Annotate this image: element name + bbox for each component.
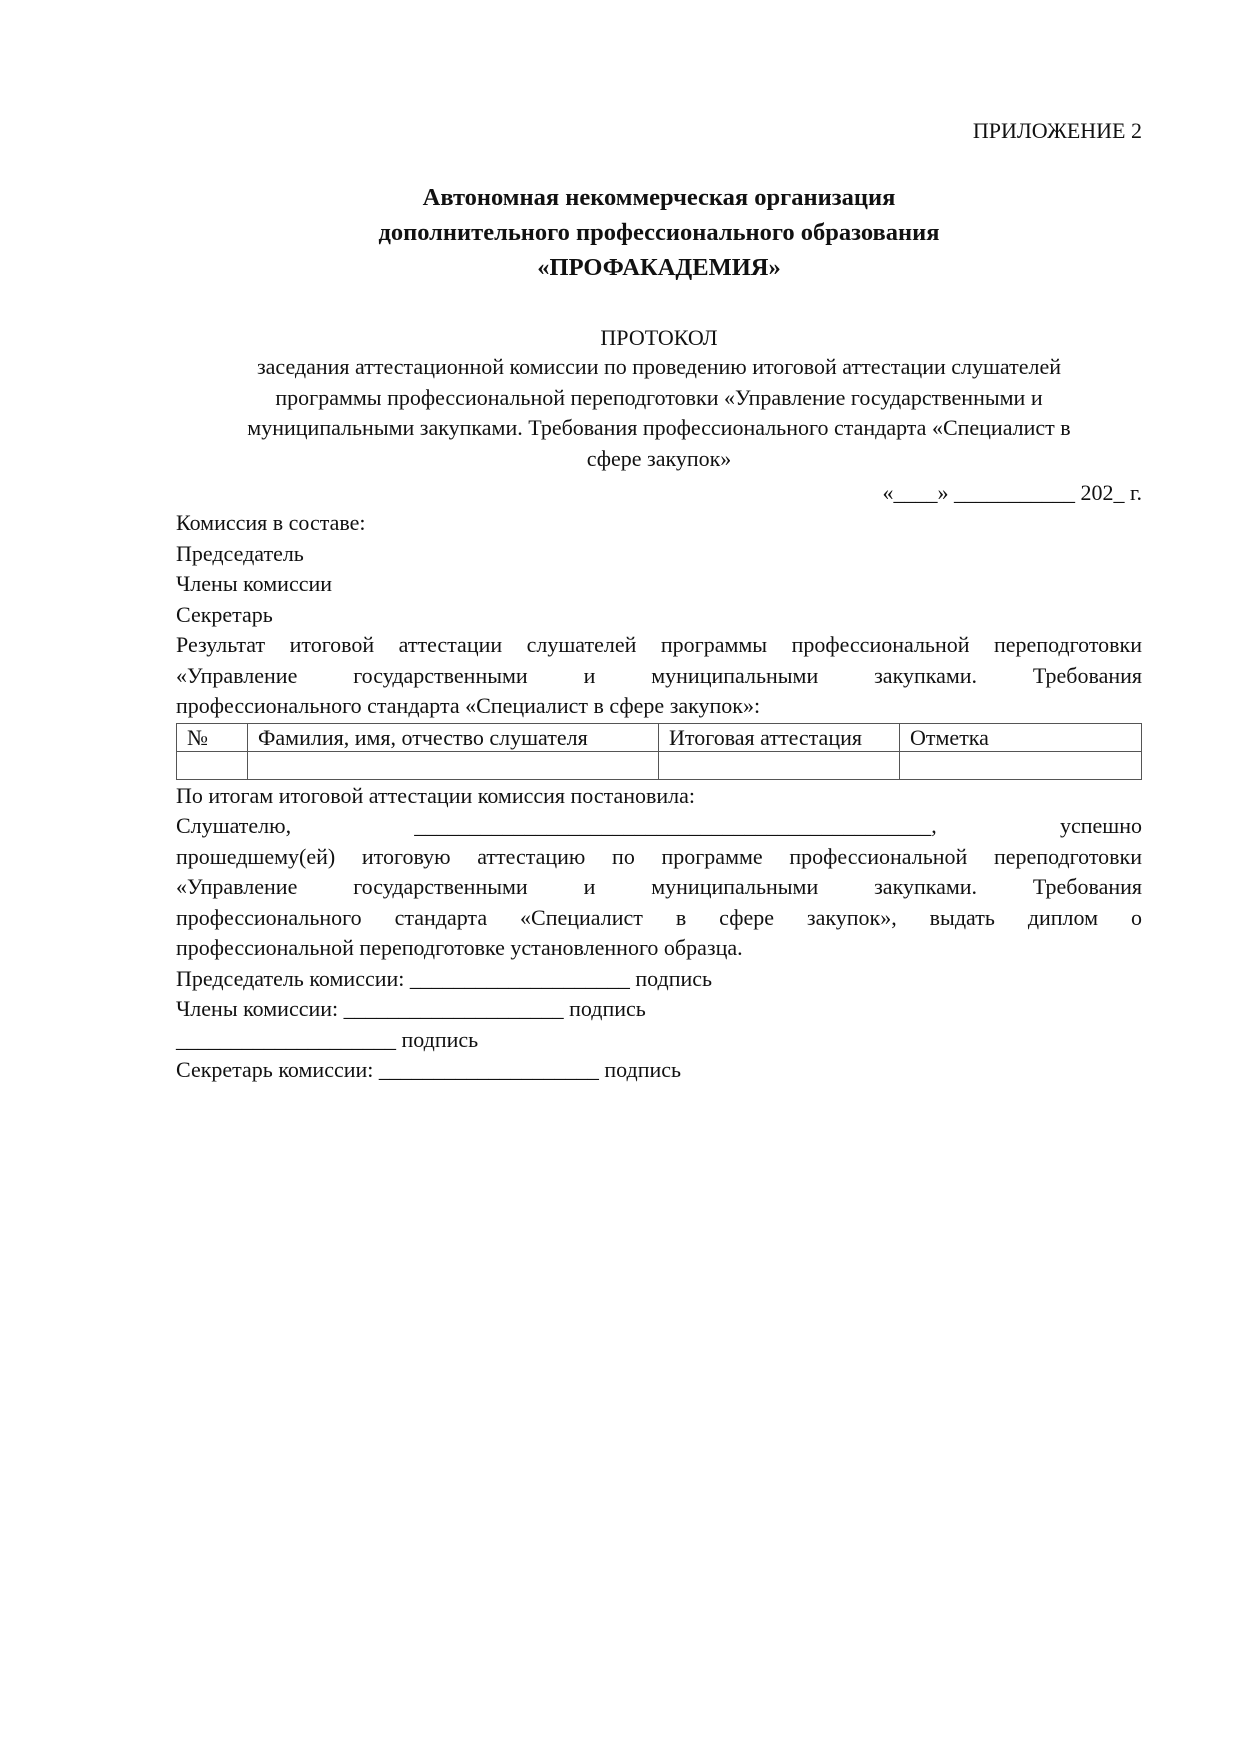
protocol-subtitle-line: заседания аттестационной комиссии по про… — [176, 352, 1142, 383]
results-table: № Фамилия, имя, отчество слушателя Итого… — [176, 723, 1142, 780]
cell-mark[interactable] — [900, 751, 1142, 779]
signature-members[interactable]: Члены комиссии: ____________________ под… — [176, 994, 1142, 1025]
result-intro-line: Результат итоговой аттестации слушателей… — [176, 630, 1142, 661]
signature-secretary[interactable]: Секретарь комиссии: ____________________… — [176, 1055, 1142, 1086]
decision-line: профессиональной переподготовке установл… — [176, 933, 1142, 964]
cell-final-attestation[interactable] — [659, 751, 900, 779]
table-header-row: № Фамилия, имя, отчество слушателя Итого… — [177, 723, 1142, 751]
commission-heading: Комиссия в составе: — [176, 508, 1142, 539]
listener-name-blank[interactable]: ________________________________________… — [414, 813, 937, 838]
result-intro-line: профессионального стандарта «Специалист … — [176, 691, 1142, 722]
protocol-subtitle-line: программы профессиональной переподготовк… — [176, 383, 1142, 414]
decision-listener-label: Слушателю, — [176, 813, 291, 838]
protocol-subtitle-line: муниципальными закупками. Требования про… — [176, 413, 1142, 444]
date-line: «____» ___________ 202_ г. — [882, 478, 1142, 508]
result-intro-line: «Управление государственными и муниципал… — [176, 661, 1142, 692]
organization-name: «ПРОФАКАДЕМИЯ» — [176, 250, 1142, 285]
header-full-name: Фамилия, имя, отчество слушателя — [248, 723, 659, 751]
cell-full-name[interactable] — [248, 751, 659, 779]
decision-line: профессионального стандарта «Специалист … — [176, 903, 1142, 934]
protocol-subtitle-line: сфере закупок» — [176, 444, 1142, 475]
organization-header: Автономная некоммерческая организация до… — [176, 180, 1142, 285]
signature-member-extra[interactable]: ____________________ подпись — [176, 1025, 1142, 1056]
header-mark: Отметка — [900, 723, 1142, 751]
commission-members: Члены комиссии — [176, 569, 1142, 600]
cell-number[interactable] — [177, 751, 248, 779]
document-body: Комиссия в составе: Председатель Члены к… — [176, 508, 1142, 1086]
header-number: № — [177, 723, 248, 751]
protocol-subtitle: заседания аттестационной комиссии по про… — [176, 352, 1142, 474]
decision-heading: По итогам итоговой аттестации комиссия п… — [176, 781, 1142, 812]
commission-secretary: Секретарь — [176, 600, 1142, 631]
decision-success-word: успешно — [1060, 813, 1142, 838]
decision-line: Слушателю, _____________________________… — [176, 811, 1142, 842]
header-final-attestation: Итоговая аттестация — [659, 723, 900, 751]
decision-line: «Управление государственными и муниципал… — [176, 872, 1142, 903]
commission-chairman: Председатель — [176, 539, 1142, 570]
protocol-title: ПРОТОКОЛ — [176, 323, 1142, 353]
table-row — [177, 751, 1142, 779]
organization-line-1: Автономная некоммерческая организация — [176, 180, 1142, 215]
annex-label: ПРИЛОЖЕНИЕ 2 — [973, 116, 1142, 146]
organization-line-2: дополнительного профессионального образо… — [176, 215, 1142, 250]
decision-line: прошедшему(ей) итоговую аттестацию по пр… — [176, 842, 1142, 873]
signature-chairman[interactable]: Председатель комиссии: _________________… — [176, 964, 1142, 995]
